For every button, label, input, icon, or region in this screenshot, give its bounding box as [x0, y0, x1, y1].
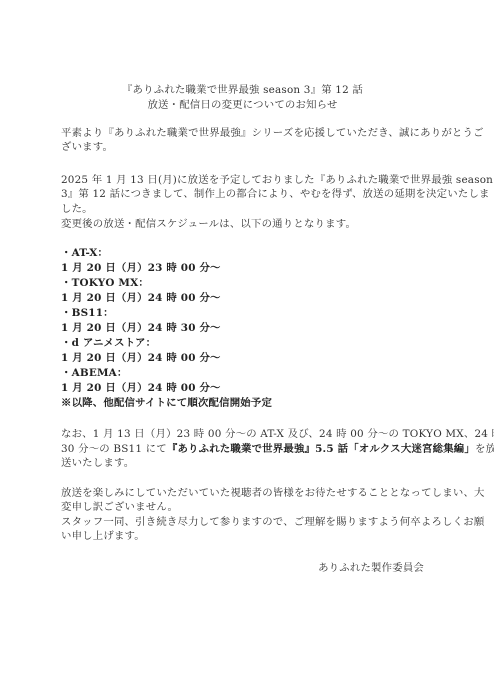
schedule-channel-tokyomx: ・TOKYO MX： [61, 276, 424, 291]
announcement-line-2: 3』第 12 話につきまして、制作上の都合により、やむを得ず、放送の延期を決定い… [61, 187, 424, 202]
schedule-datetime-abema: 1 月 20 日（月）24 時 00 分～ [61, 381, 424, 396]
rebroadcast-line-1: なお、1 月 13 日（月）23 時 00 分～の AT-X 及び、24 時 0… [61, 427, 424, 442]
rebroadcast-recap-title: 『ありふれた職業で世界最強』5.5 話「オルクス大迷宮総集編」 [167, 443, 475, 455]
announcement-line-3: した。 [61, 202, 424, 217]
announcement-line-1: 2025 年 1 月 13 日(月)に放送を予定しておりました『ありふれた職業で… [61, 173, 424, 188]
greeting-line-2: ざいます。 [61, 140, 424, 155]
rebroadcast-line-3: 送いたします。 [61, 456, 424, 471]
rebroadcast-line-2: 30 分～の BS11 にて『ありふれた職業で世界最強』5.5 話「オルクス大迷… [61, 442, 424, 457]
schedule-channel-abema: ・ABEMA： [61, 366, 424, 381]
title-line-2: 放送・配信日の変更についてのお知らせ [61, 98, 424, 113]
schedule-note: ※以降、他配信サイトにて順次配信開始予定 [61, 396, 424, 411]
signature: ありふれた製作委員会 [61, 561, 424, 576]
apology-line-3: スタッフ一同、引き続き尽力して参りますので、ご理解を賜りますよう何卒よろしくお願 [61, 515, 424, 530]
apology-line-4: い申し上げます。 [61, 529, 424, 544]
schedule-channel-bs11: ・BS11： [61, 306, 424, 321]
title-line-1: 『ありふれた職業で世界最強 season 3』第 12 話 [61, 83, 424, 98]
apology-line-1: 放送を楽しみにしていただいていた視聴者の皆様をお待たせすることとなってしまい、大 [61, 486, 424, 501]
schedule-datetime-danime: 1 月 20 日（月）24 時 00 分～ [61, 351, 424, 366]
apology-line-2: 変申し訳ございません。 [61, 500, 424, 515]
rebroadcast-line-2-post: を放 [475, 443, 494, 455]
schedule-channel-danime: ・d アニメストア： [61, 336, 424, 351]
greeting-line-1: 平素より『ありふれた職業で世界最強』シリーズを応援していただき、誠にありがとうご [61, 126, 424, 141]
rebroadcast-line-2-pre: 30 分～の BS11 にて [61, 443, 167, 455]
schedule-datetime-atx: 1 月 20 日（月）23 時 00 分～ [61, 261, 424, 276]
announcement-line-4: 変更後の放送・配信スケジュールは、以下の通りとなります。 [61, 217, 424, 232]
schedule-datetime-bs11: 1 月 20 日（月）24 時 30 分～ [61, 321, 424, 336]
schedule-channel-atx: ・AT-X： [61, 246, 424, 261]
schedule-datetime-tokyomx: 1 月 20 日（月）24 時 00 分～ [61, 291, 424, 306]
